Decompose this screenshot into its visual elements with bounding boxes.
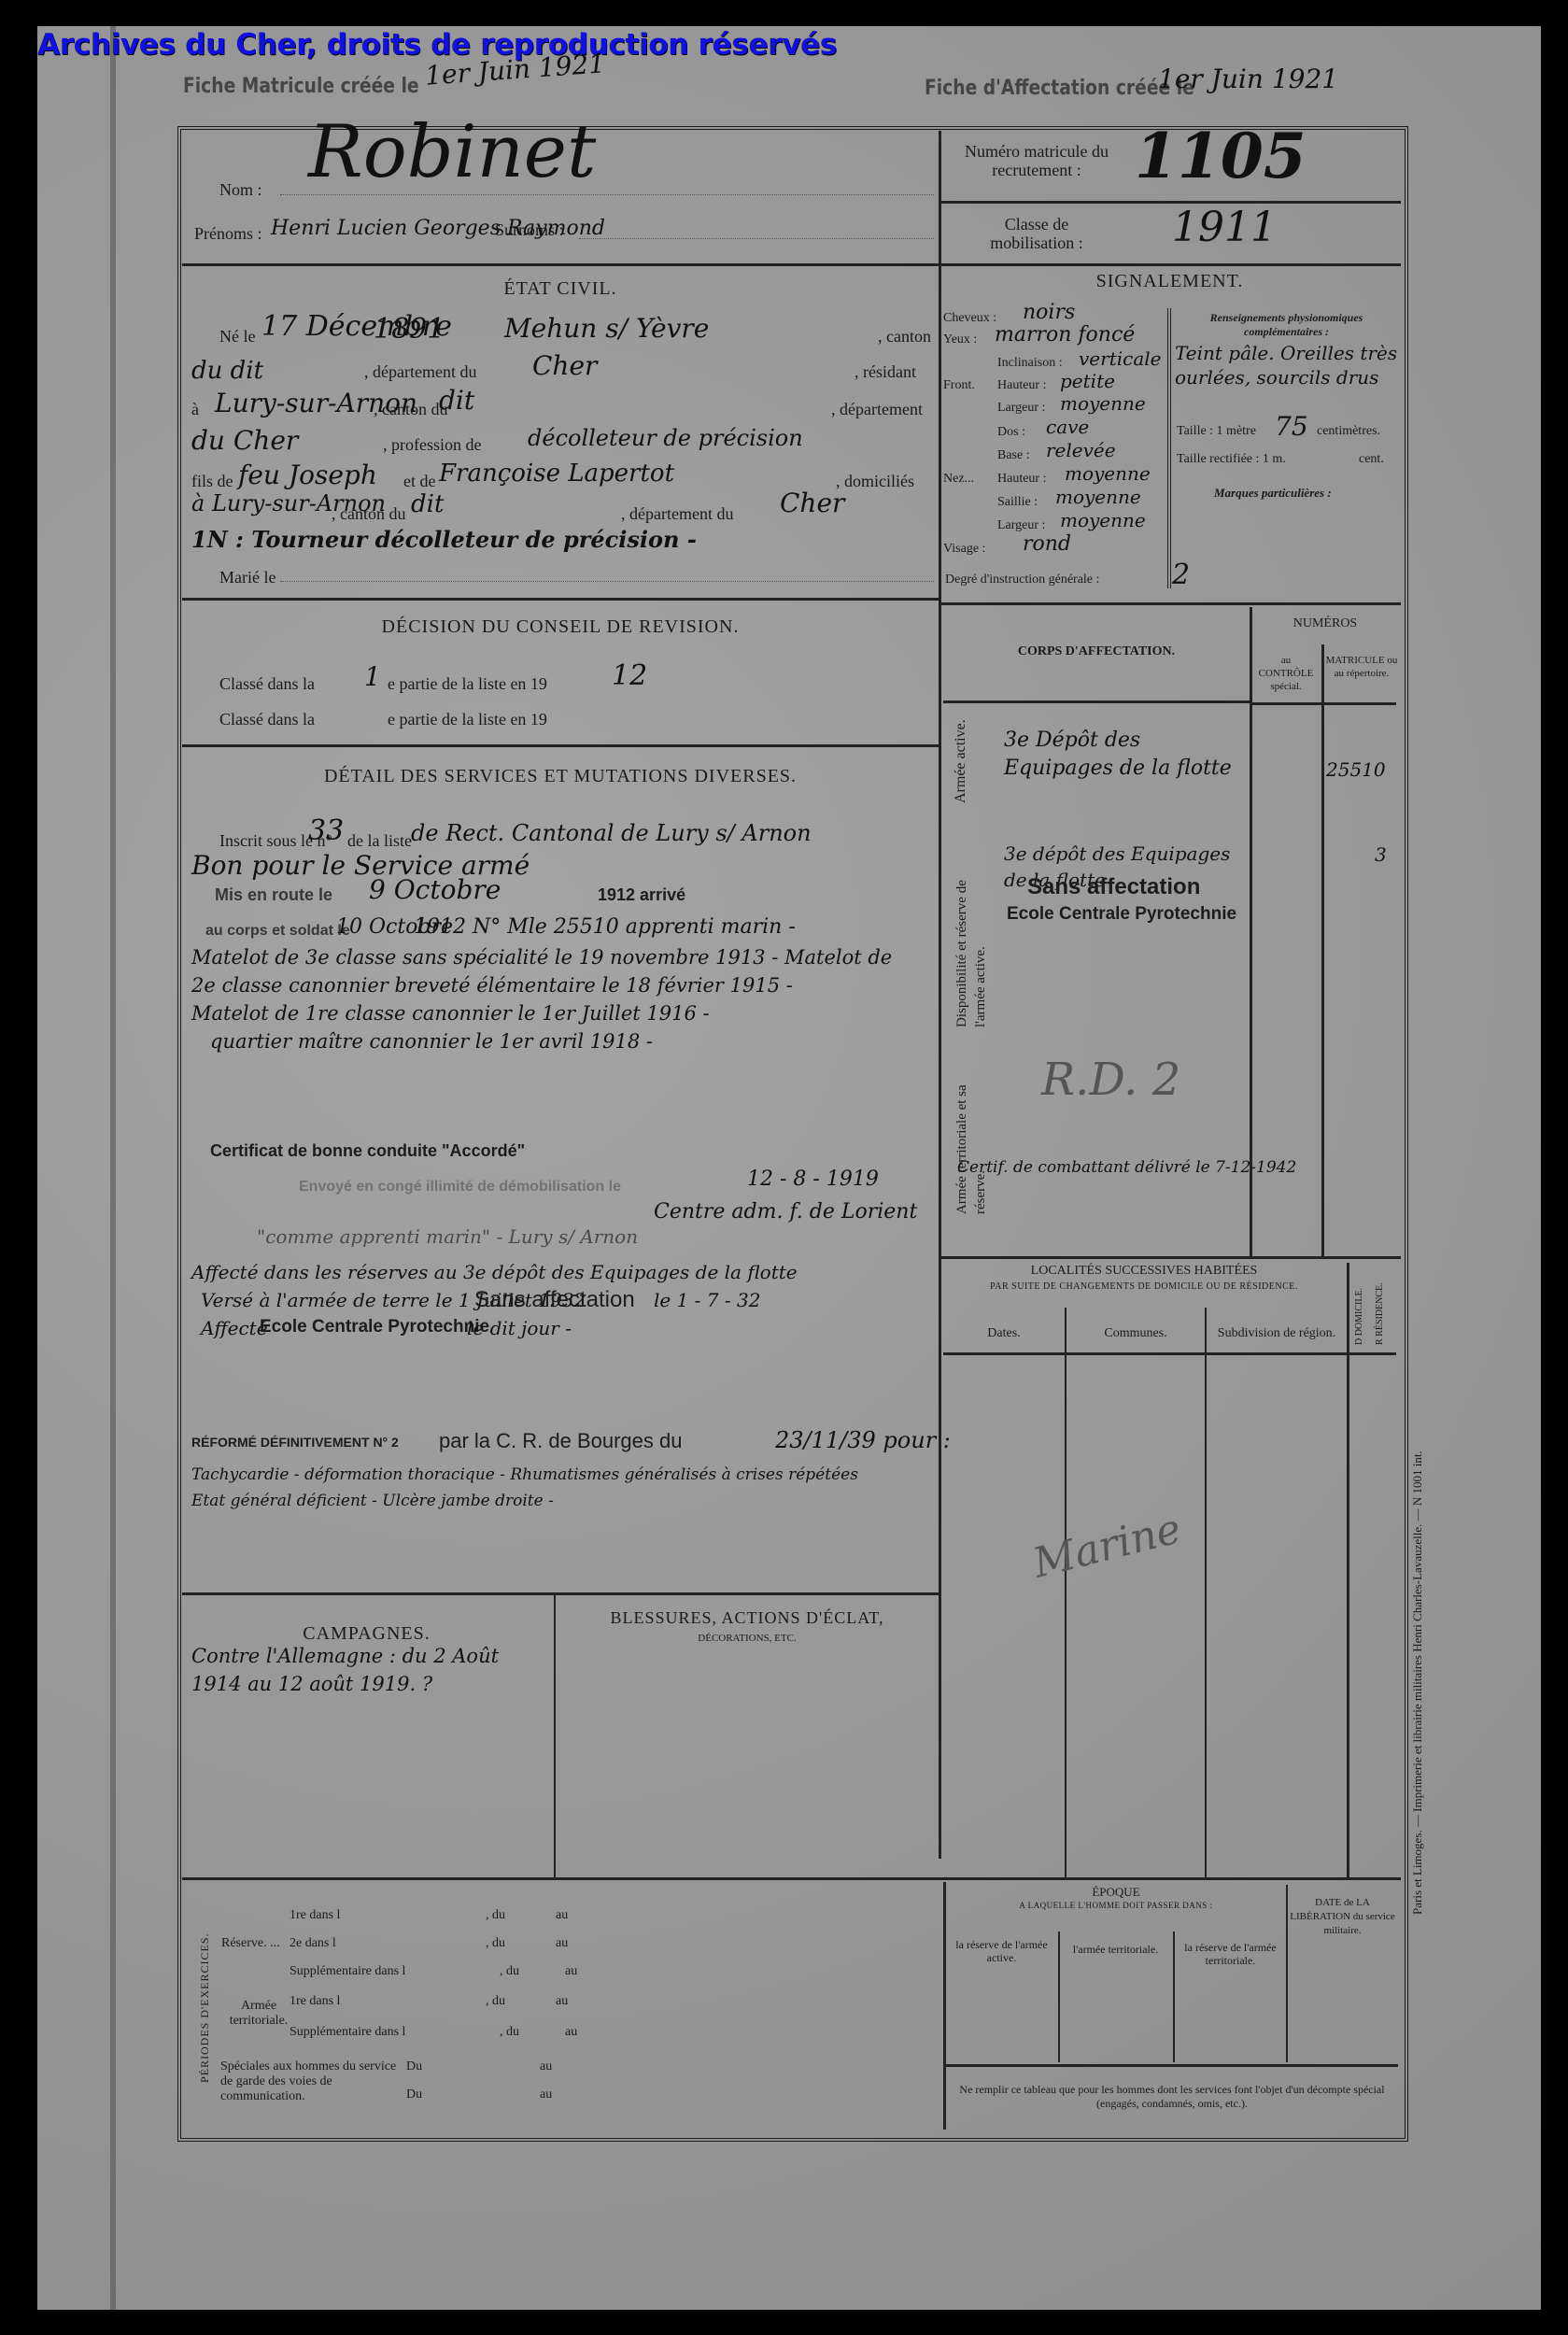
dotted-line [280, 194, 934, 195]
blessures-title: BLESSURES, ACTIONS D'ÉCLAT, [556, 1608, 939, 1628]
mis-en-route-annee: 1912 arrivé [598, 885, 685, 905]
nom-value: Robinet [308, 110, 596, 194]
domicilies-label: , domiciliés [836, 472, 914, 491]
divider [939, 602, 1401, 605]
periode-row-label: 1re dans l [290, 1908, 340, 1923]
archive-watermark: Archives du Cher, droits de reproduction… [37, 28, 837, 62]
nez-dos-value: cave [1046, 416, 1089, 438]
conge-centre: Centre adm. f. de Lorient [654, 1200, 917, 1224]
matricule-label: Numéro matricule du recrutement : [953, 142, 1121, 179]
campagnes-entries: Contre l'Allemagne : du 2 Août 1914 au 1… [191, 1642, 499, 1698]
front-largeur-label: Largeur : [997, 401, 1045, 416]
section-disponibilite-label: Disponibilité et réserve de l'armée acti… [953, 859, 990, 1027]
periodes-side-label: PÉRIODES D'EXERCICES. [198, 1896, 212, 2083]
conge-retire: "comme apprenti marin" - Lury s/ Arnon [257, 1225, 638, 1248]
conseil-revision-title: DÉCISION DU CONSEIL DE REVISION. [182, 616, 939, 638]
epoque-divider [943, 1882, 946, 2130]
date-liberation-header: DATE de LA LIBÉRATION du service militai… [1289, 1896, 1396, 1938]
pere-value: feu Joseph [238, 460, 377, 490]
disponibilite-matricule: 3 [1375, 843, 1387, 866]
affecte-line: Affecté dans les réserves au 3e dépôt de… [191, 1261, 798, 1283]
periode-au: au [540, 2087, 552, 2102]
renseignements-value: Teint pâle. Oreilles très ourlées, sourc… [1175, 341, 1399, 389]
sans-affectation-stamp: Sans affectation [474, 1287, 635, 1313]
epoque-col-divider [1286, 1885, 1288, 2062]
inscrit-number: 33 [308, 814, 344, 847]
periode-au: au [565, 1964, 577, 1979]
profession-label: , profession de [383, 435, 481, 455]
periode-row-label: Du [406, 2059, 422, 2074]
localites-title: LOCALITÉS SUCCESSIVES HABITÉES [943, 1264, 1345, 1279]
periode-du: , du [486, 1908, 505, 1923]
localites-divider [1065, 1308, 1067, 1877]
periode-au: au [540, 2059, 552, 2074]
divider [939, 1256, 1401, 1259]
departement2-label: , département [831, 400, 923, 419]
sans-affectation-stamp: Sans affectation [1027, 874, 1200, 900]
periode-au: au [565, 2025, 577, 2040]
front-inclinaison-label: Inclinaison : [997, 356, 1063, 371]
canton2-label: , canton du [374, 400, 447, 419]
classe-annee-value: 12 [612, 659, 647, 692]
departement2-value: du Cher [191, 425, 298, 456]
reforme-stamp-b: par la C. R. de Bourges du [439, 1429, 682, 1453]
canton-label: , canton [878, 327, 931, 347]
epoque-title: ÉPOQUE [948, 1885, 1284, 1900]
armee-active-matricule: 25510 [1326, 758, 1386, 781]
periode-du: , du [500, 1964, 519, 1979]
service-line: 2e classe canonnier breveté élémentaire … [191, 971, 939, 999]
mere-value: Françoise Lapertot [439, 460, 674, 488]
affecte-line: Affecté [201, 1317, 268, 1339]
periode-row-label: 1re dans l [290, 1994, 340, 2009]
liste-value: de Rect. Cantonal de Lury s/ Arnon [411, 820, 812, 846]
periode-row-label: Supplémentaire dans l [290, 2025, 405, 2040]
matricule-value: 1105 [1135, 120, 1307, 192]
instruction-label: Degré d'instruction générale : [945, 573, 1099, 587]
residant-label: , résidant [855, 362, 916, 382]
service-line: Matelot de 1re classe canonnier le 1er J… [191, 999, 939, 1027]
fiche-affectation-date: 1er Juin 1921 [1158, 64, 1338, 94]
marques-label: Marques particulières : [1214, 486, 1332, 501]
divider [182, 263, 1401, 266]
periode-du: , du [500, 2025, 519, 2040]
taille-value: 75 [1275, 411, 1308, 442]
birth-place: Mehun s/ Yèvre [504, 313, 709, 344]
territoriale-entry: R.D. 2 [1041, 1054, 1180, 1106]
reforme-lines: Tachycardie - déformation thoracique - R… [191, 1462, 858, 1514]
dotted-line [280, 581, 934, 582]
dotted-line [579, 238, 934, 239]
canton2-value: dit [439, 385, 474, 416]
campagne-line: 1914 au 12 août 1919. ? [191, 1670, 499, 1698]
page-spine [110, 26, 116, 2310]
classe-line1-text: e partie de la liste en 19 [388, 674, 547, 694]
service-line: Matelot de 3e classe sans spécialité le … [191, 943, 939, 971]
periode-au: au [556, 1936, 568, 1951]
epoque-subtitle: A LAQUELLE L'HOMME DOIT PASSER DANS : [948, 1901, 1284, 1910]
nez-base-label: Base : [997, 448, 1030, 463]
conge-date: 12 - 8 - 1919 [747, 1167, 879, 1191]
epoque-col-divider [1173, 1932, 1175, 2062]
front-hauteur-value: petite [1060, 370, 1115, 392]
section-armee-active-label: Armée active. [953, 710, 969, 803]
front-hauteur-label: Hauteur : [997, 378, 1046, 393]
localites-subtitle: PAR SUITE DE CHANGEMENTS DE DOMICILE OU … [943, 1281, 1345, 1292]
nez-saillie-label: Saillie : [997, 495, 1038, 510]
ecole-stamp: Ecole Centrale Pyrotechnie [1007, 904, 1236, 925]
departement-label: , département du [364, 362, 476, 382]
reserve-label: Réserve. ... [221, 1936, 280, 1951]
col-communes: Communes. [1067, 1326, 1205, 1341]
departement3-label: , département du [621, 504, 733, 524]
col-matricule-header: MATRICULE ou au répertoire. [1324, 654, 1399, 680]
marie-le-label: Marié le [219, 568, 275, 587]
fiche-matricule-stamp: Fiche Matricule créée le [183, 75, 419, 98]
visage-value: rond [1023, 532, 1071, 556]
front-largeur-value: moyenne [1060, 392, 1146, 415]
epoque-col-reserve-active: la réserve de l'armée active. [948, 1938, 1055, 1964]
canton-value: du dit [191, 357, 263, 385]
renseignements-label: Renseignements physionomiques complément… [1177, 311, 1396, 339]
corps-affectation-title: CORPS D'AFFECTATION. [943, 644, 1250, 659]
surnoms-label: Surnoms : [495, 220, 564, 240]
classe-partie-value: 1 [364, 661, 381, 692]
canton3-label: , canton du [332, 504, 405, 524]
periode-row-label: Du [406, 2087, 422, 2102]
speciales-label: Spéciales aux hommes du service de garde… [220, 2059, 407, 2104]
territoriale-label: Armée territoriale. [226, 1999, 291, 2029]
nez-base-value: relevée [1046, 439, 1116, 461]
profession-note: 1N : Tourneur décolleteur de précision - [191, 526, 697, 553]
front-inclinaison-value: verticale [1079, 347, 1162, 370]
nez-largeur-label: Largeur : [997, 518, 1045, 533]
classe-line1-label: Classé dans la [219, 674, 315, 694]
divider [943, 700, 1250, 703]
liste-label: de la liste [347, 831, 412, 851]
cheveux-label: Cheveux : [943, 311, 996, 326]
fiche-affectation-stamp: Fiche d'Affectation créée le [925, 77, 1194, 100]
nez-dos-label: Dos : [997, 425, 1025, 440]
reforme-date: 23/11/39 pour : [775, 1427, 951, 1453]
taille-unit: centimètres. [1317, 424, 1380, 439]
mis-en-route-date: 9 Octobre [369, 874, 501, 905]
service-line: quartier maître canonnier le 1er avril 1… [191, 1027, 939, 1055]
divider [943, 1352, 1396, 1355]
mis-en-route-label: Mis en route le [215, 885, 332, 905]
numeros-divider [1321, 644, 1324, 1256]
departement3-value: Cher [780, 488, 844, 518]
periode-du: , du [486, 1936, 505, 1951]
periode-au: au [556, 1908, 568, 1923]
reforme-stamp: RÉFORMÉ DÉFINITIVEMENT N° 2 [191, 1435, 399, 1450]
divider [182, 1877, 1401, 1880]
nez-label: Nez... [943, 472, 974, 487]
localites-divider [1205, 1308, 1207, 1877]
epoque-col-divider [1058, 1932, 1060, 2062]
divider [182, 1592, 939, 1595]
ecole-stamp: Ecole Centrale Pyrotechnie [260, 1317, 489, 1337]
signalement-title: SIGNALEMENT. [939, 271, 1401, 292]
epoque-col-reserve-territoriale: la réserve de l'armée territoriale. [1177, 1941, 1284, 1967]
visage-label: Visage : [943, 542, 985, 557]
divider [945, 2064, 1398, 2067]
corps-label: au corps et soldat le [205, 923, 350, 940]
certificat-bonne-conduite: Certificat de bonne conduite "Accordé" [210, 1141, 525, 1161]
numeros-title: NUMÉROS [1251, 616, 1399, 631]
printer-imprint: Paris et Limoges. — Imprimerie et librai… [1410, 1451, 1425, 1915]
ne-le-label: Né le [219, 327, 255, 347]
col-subdivision: Subdivision de région. [1207, 1326, 1347, 1341]
conge-label: Envoyé en congé illimité de démobilisati… [299, 1179, 621, 1196]
canton3-value: dit [411, 490, 444, 518]
classe-line2-label: Classé dans la [219, 710, 315, 729]
nez-largeur-value: moyenne [1060, 509, 1146, 531]
periode-row-label: Supplémentaire dans l [290, 1964, 405, 1979]
prenoms-label: Prénoms : [194, 224, 262, 244]
nez-hauteur-label: Hauteur : [997, 472, 1046, 487]
taille-rectifiee-unit: cent. [1359, 452, 1384, 467]
front-label: Front. [943, 378, 975, 393]
fils-de-label: fils de [191, 472, 233, 491]
services-title: DÉTAIL DES SERVICES ET MUTATIONS DIVERSE… [182, 766, 939, 787]
taille-rectifiee-label: Taille rectifiée : 1 m. [1177, 452, 1286, 467]
campagne-line: Contre l'Allemagne : du 2 Août [191, 1642, 499, 1670]
divider [182, 744, 939, 747]
classe-value: 1911 [1172, 204, 1277, 251]
reforme-line: Etat général déficient - Ulcère jambe dr… [191, 1488, 858, 1514]
periode-au: au [556, 1994, 568, 2009]
column-divider [939, 131, 941, 1859]
periode-du: , du [486, 1994, 505, 2009]
yeux-value: marron foncé [995, 323, 1135, 347]
yeux-label: Yeux : [943, 333, 977, 347]
taille-label: Taille : 1 mètre [1177, 424, 1256, 439]
armee-active-entry: 3e Dépôt des Equipages de la flotte [1004, 727, 1247, 783]
corps-annee: 1912 N° Mle 25510 apprenti marin - [414, 915, 796, 939]
periode-row-label: 2e dans l [290, 1936, 336, 1951]
et-de-label: et de [403, 472, 435, 491]
cheveux-value: noirs [1023, 301, 1075, 324]
services-lines: Matelot de 3e classe sans spécialité le … [191, 943, 939, 1055]
residence-label: R RÉSIDENCE. [1375, 1282, 1385, 1345]
divider [939, 201, 1401, 204]
signalement-divider [1167, 308, 1171, 588]
section-territoriale-label: Armée territoriale et sa réserve. [953, 1046, 990, 1214]
birth-year: 1891 [374, 313, 445, 346]
divider [1251, 702, 1396, 705]
sans-affectation-date: le 1 - 7 - 32 [654, 1289, 760, 1311]
affecte-line: le dit jour - [467, 1317, 572, 1339]
epoque-col-territoriale: l'armée territoriale. [1062, 1943, 1169, 1956]
nez-hauteur-value: moyenne [1065, 462, 1151, 485]
profession-value: décolleteur de précision [528, 425, 803, 451]
departement-value: Cher [532, 350, 597, 381]
etat-civil-title: ÉTAT CIVIL. [182, 278, 939, 300]
col-dates: Dates. [943, 1326, 1065, 1341]
instruction-value: 2 [1172, 559, 1190, 591]
nom-label: Nom : [219, 180, 262, 200]
col-controle-header: au CONTRÔLE spécial. [1253, 654, 1319, 693]
certificat-combattant: Certif. de combattant délivré le 7-12-19… [957, 1158, 1296, 1177]
divider [182, 598, 939, 601]
domicile-label: D DOMICILE. [1354, 1288, 1364, 1345]
classe-line2-text: e partie de la liste en 19 [388, 710, 547, 729]
classe-label: Classe de mobilisation : [962, 215, 1111, 252]
reforme-line: Tachycardie - déformation thoracique - R… [191, 1462, 858, 1488]
epoque-note: Ne remplir ce tableau que pour les homme… [953, 2083, 1391, 2111]
nez-saillie-value: moyenne [1055, 486, 1141, 508]
blessures-subtitle: DÉCORATIONS, ETC. [556, 1633, 939, 1644]
